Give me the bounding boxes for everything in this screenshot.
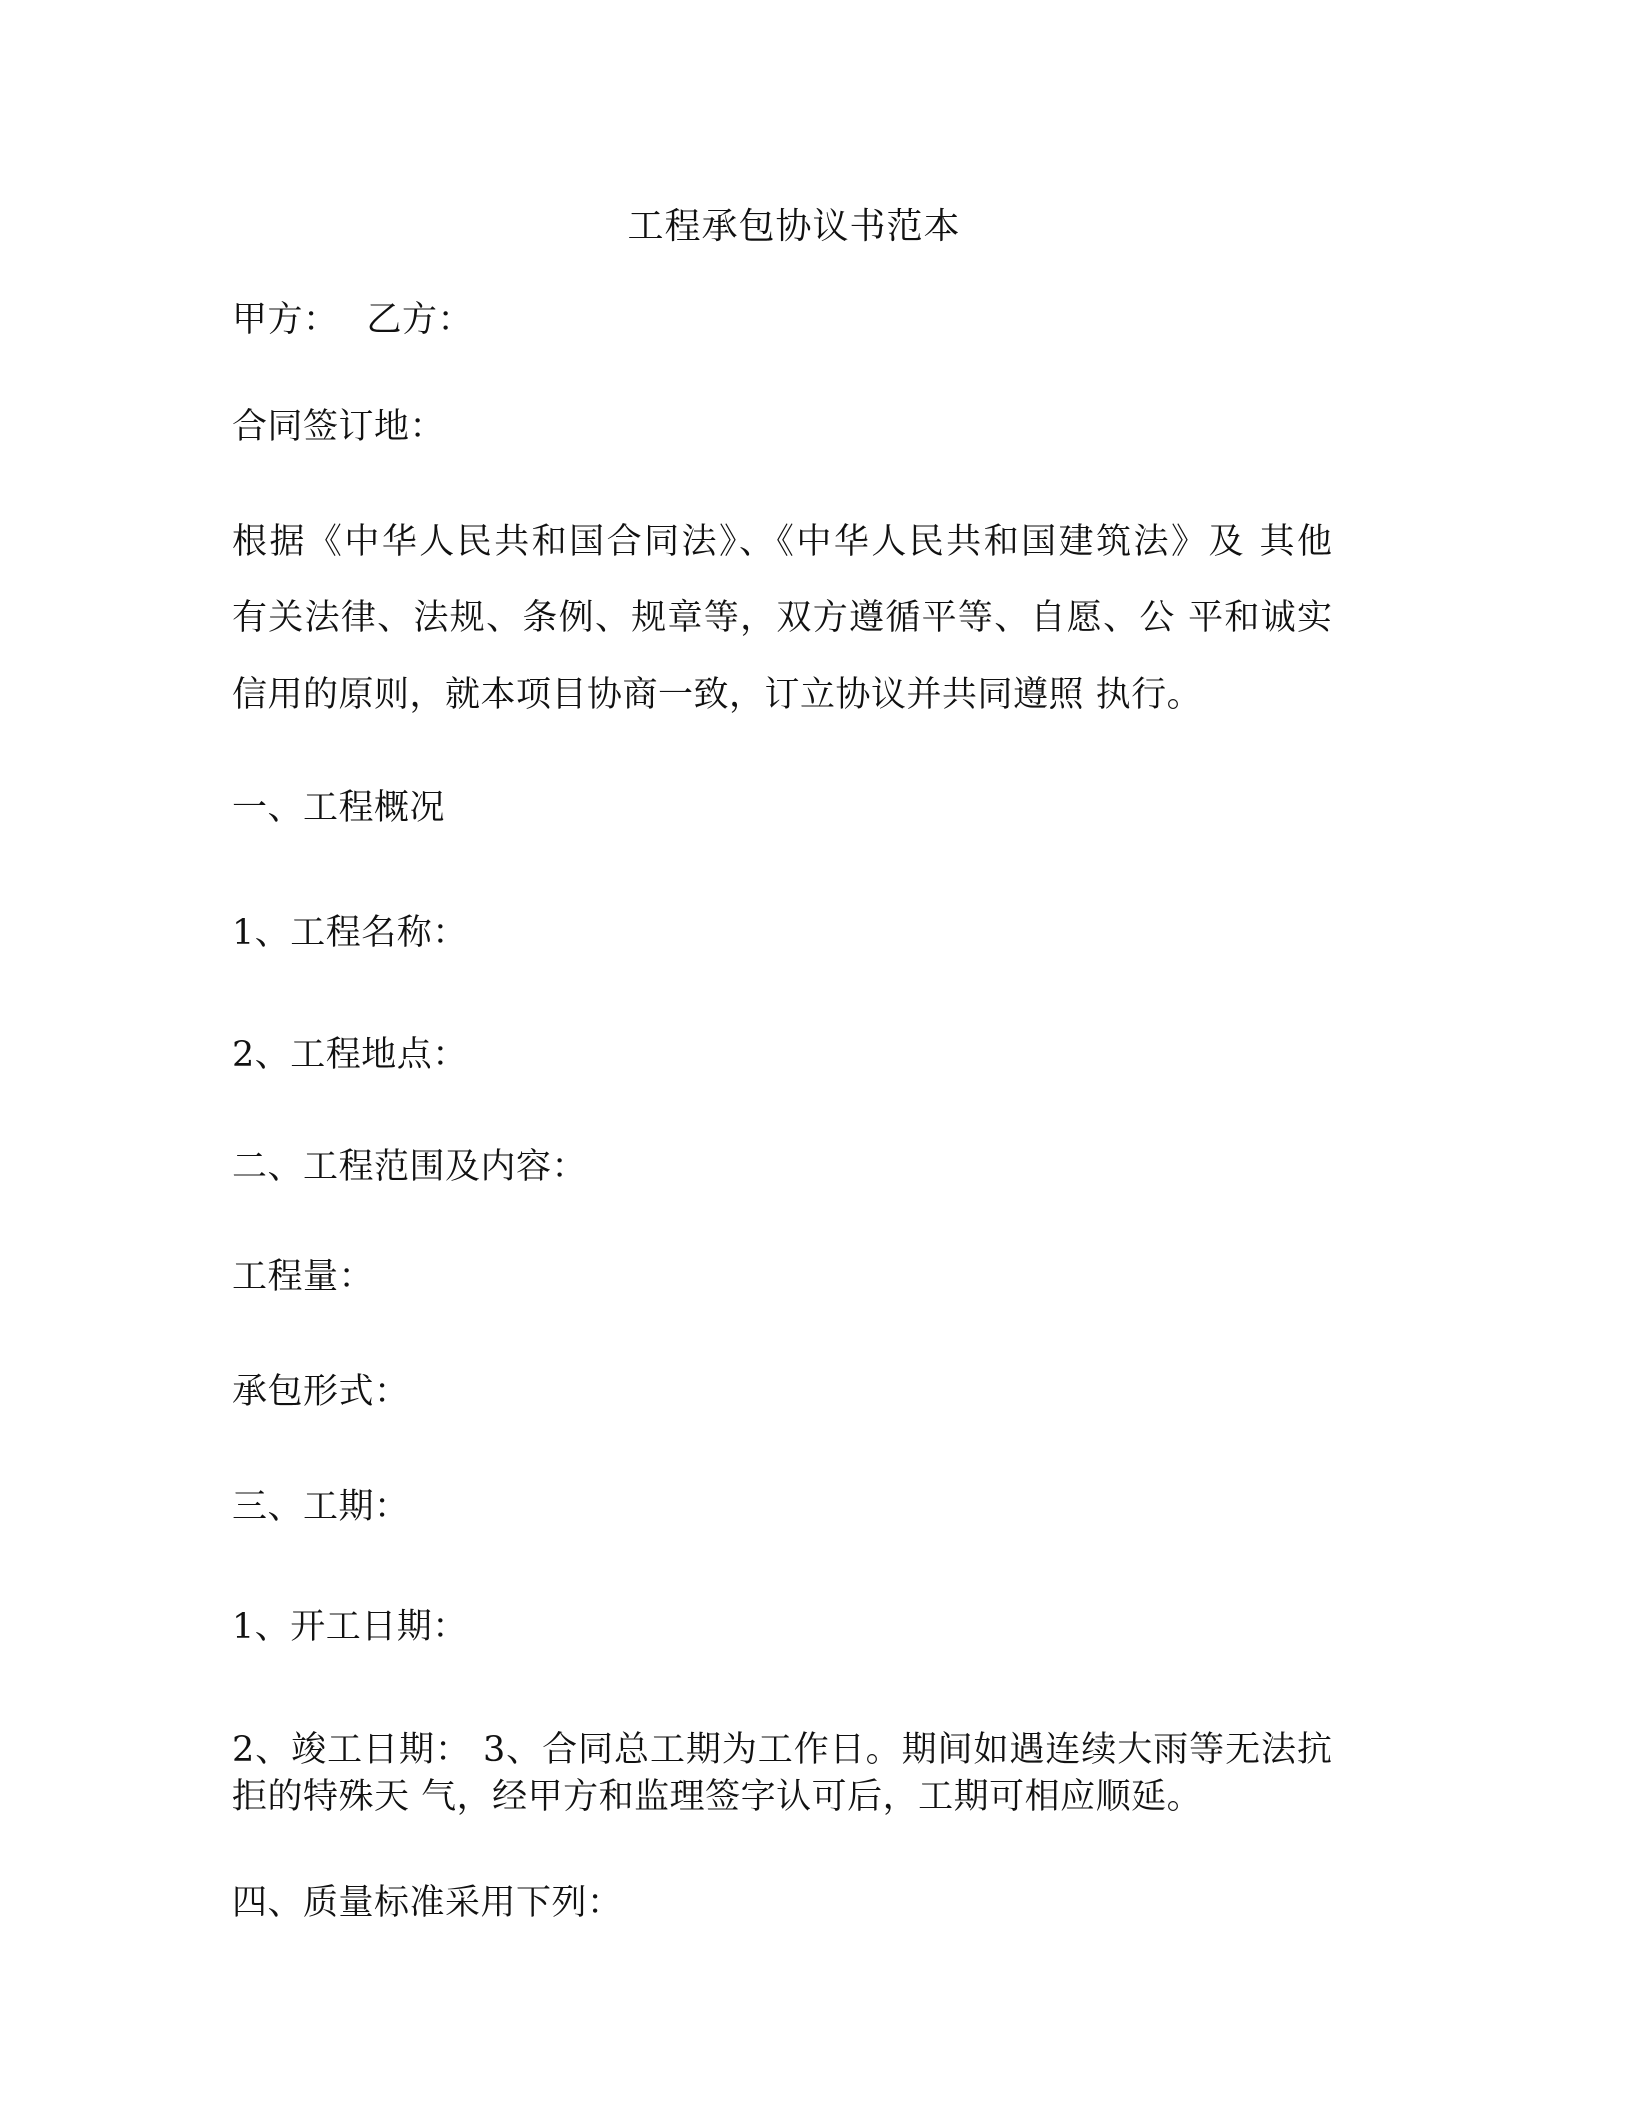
section-1-heading: 一、工程概况 <box>232 788 445 828</box>
preamble-line-2: 有关法律、法规、条例、规章等，双方遵循平等、自愿、公 平和诚实 <box>232 598 1332 638</box>
document-title: 工程承包协议书范本 <box>0 207 1588 247</box>
section-3-heading: 三、工期： <box>232 1487 410 1527</box>
project-name-label: 1、工程名称： <box>232 913 468 953</box>
preamble-line-3: 信用的原则，就本项目协商一致，订立协议并共同遵照 执行。 <box>232 675 1202 715</box>
start-date-label: 1、开工日期： <box>232 1607 468 1647</box>
party-a-label: 甲方： <box>232 300 339 340</box>
completion-date-line-2: 拒的特殊天 气，经甲方和监理签字认可后，工期可相应顺延。 <box>232 1777 1202 1817</box>
parties-line: 甲方：乙方： <box>232 300 473 340</box>
preamble-line-1: 根据《中华人民共和国合同法》、《中华人民共和国建筑法》及 其他 <box>232 522 1332 562</box>
section-4-heading: 四、质量标准采用下列： <box>232 1883 623 1923</box>
completion-date-line-1: 2、竣工日期： 3、合同总工期为工作日。期间如遇连续大雨等无法抗 <box>232 1730 1332 1770</box>
contract-form-label: 承包形式： <box>232 1372 410 1412</box>
signing-place-label: 合同签订地： <box>232 407 445 447</box>
project-location-label: 2、工程地点： <box>232 1035 468 1075</box>
party-b-label: 乙方： <box>367 300 474 340</box>
document-page: 工程承包协议书范本 甲方：乙方： 合同签订地： 根据《中华人民共和国合同法》、《… <box>0 0 1640 2124</box>
quantity-label: 工程量： <box>232 1257 374 1297</box>
section-2-heading: 二、工程范围及内容： <box>232 1147 587 1187</box>
